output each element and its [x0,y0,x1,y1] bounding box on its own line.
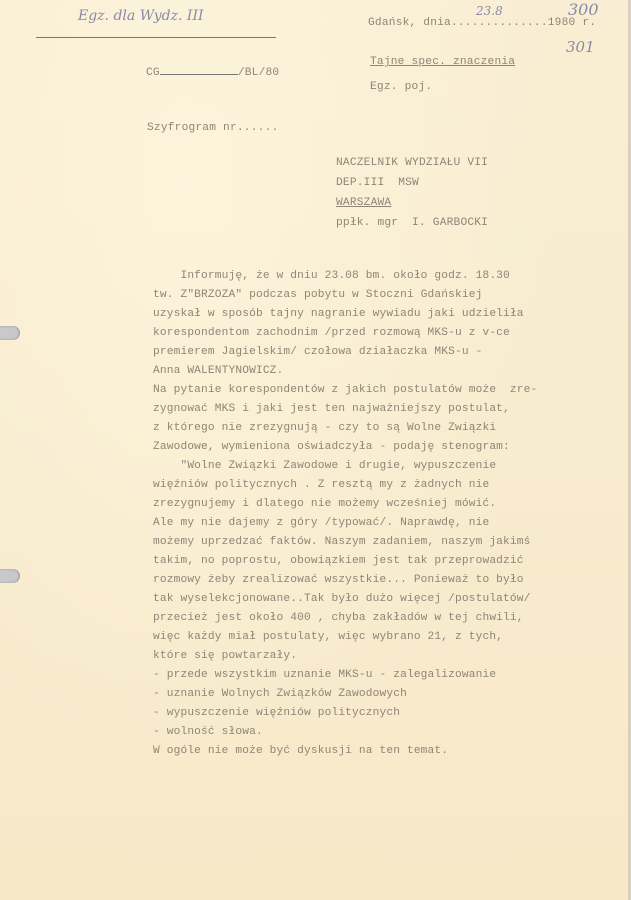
body-line: rozmowy żeby zrealizować wszystkie... Po… [153,573,524,587]
reference-blank [160,65,238,75]
body-line: korespondentom zachodnim /przed rozmową … [153,326,510,340]
body-line: możemy uprzedzać faktów. Naszym zadaniem… [153,535,531,549]
body-line: przecież jest około 400 , chyba zakładów… [153,611,524,625]
place-date: Gdańsk, dnia..............1980 r. [368,16,596,30]
punch-hole-top [0,326,20,340]
body-line: tak wyselekcjonowane..Tak było dużo więc… [153,592,531,606]
body-line: które się powtarzały. [153,649,297,663]
body-line: uzyskał w sposób tajny nagranie wywiadu … [153,307,524,321]
handwritten-page-number-2: 301 [566,38,595,56]
recipient-line-4: ppłk. mgr I. GARBOCKI [336,216,488,230]
body-line: premierem Jagielskim/ czołowa działaczka… [153,345,482,359]
recipient-line-1: NACZELNIK WYDZIAŁU VII [336,156,488,170]
body-line: W ogóle nie może być dyskusji na ten tem… [153,744,448,758]
list-item: - wolność słowa. [153,725,263,739]
punch-hole-bottom [0,569,20,583]
reference-number: CG/BL/80 [146,65,279,80]
body-line: zygnować MKS i jaki jest ten najważniejs… [153,402,510,416]
body-line: tw. Z"BRZOZA" podczas pobytu w Stoczni G… [153,288,482,302]
document-title: Szyfrogram nr...... [147,121,278,135]
list-item: - przede wszystkim uznanie MKS-u - zaleg… [153,668,496,682]
body-line: "Wolne Związki Zawodowe i drugie, wypusz… [153,459,496,473]
handwritten-underline [36,37,276,38]
reference-prefix: CG [146,67,160,79]
body-line: zrezygnujemy i dlatego nie możemy wcześn… [153,497,496,511]
copy-number: Egz. poj. [370,80,432,94]
list-item: - wypuszczenie więźniów politycznych [153,706,400,720]
body-line: więc każdy miał postulaty, więc wybrano … [153,630,503,644]
recipient-line-2: DEP.III MSW [336,176,419,190]
body-line: więźniów politycznych . Z resztą my z ża… [153,478,489,492]
body-line: Anna WALENTYNOWICZ. [153,364,283,378]
classification: Tajne spec. znaczenia [370,55,515,69]
body-line: z którego nie zrezygnują - czy to są Wol… [153,421,496,435]
body-line: Ale my nie dajemy z góry /typować/. Napr… [153,516,489,530]
list-item: - uznanie Wolnych Związków Zawodowych [153,687,407,701]
handwritten-note: Egz. dla Wydz. III [78,8,204,24]
body-line: Zawodowe, wymieniona oświadczyła - podaj… [153,440,510,454]
recipient-line-3: WARSZAWA [336,196,391,210]
document-page: Egz. dla Wydz. III 23.8 300 301 CG/BL/80… [0,0,631,900]
body-line: Informuję, że w dniu 23.08 bm. około god… [153,269,510,283]
reference-suffix: /BL/80 [238,67,279,79]
body-line: Na pytanie korespondentów z jakich postu… [153,383,537,397]
body-line: takim, no poprostu, obowiązkiem jest tak… [153,554,524,568]
